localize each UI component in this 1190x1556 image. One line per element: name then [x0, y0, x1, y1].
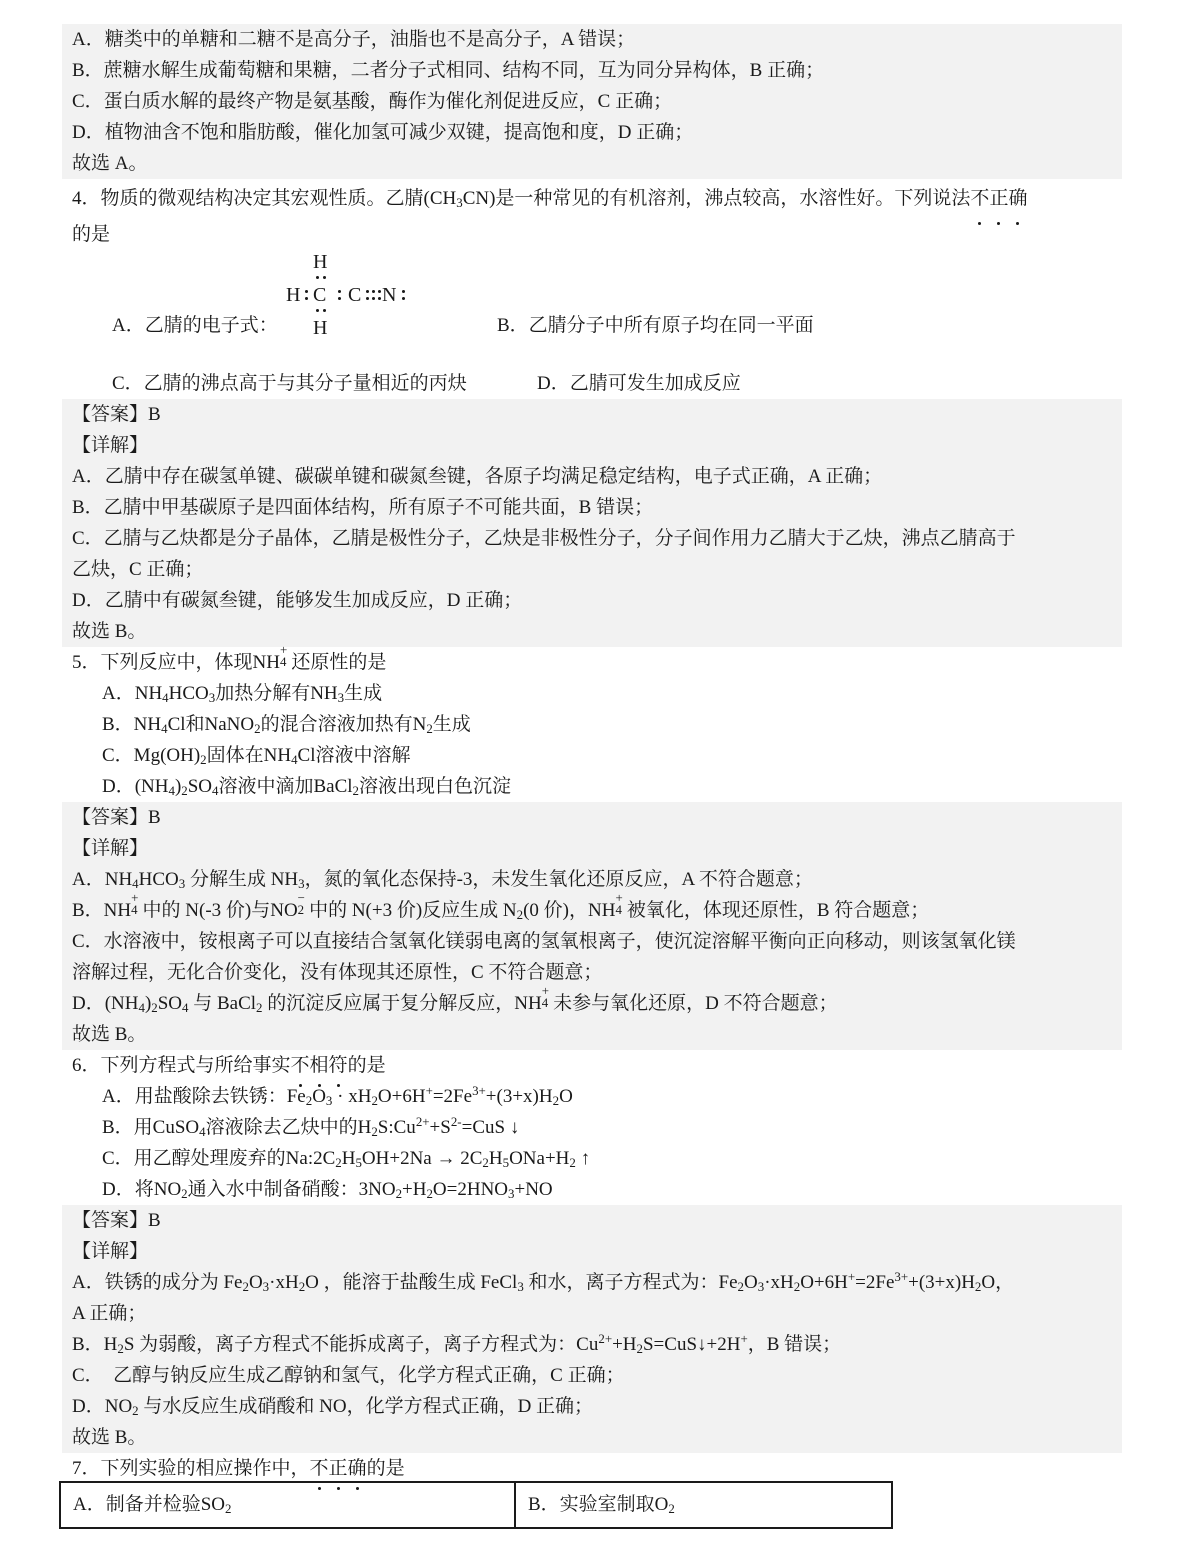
q7-option-b: B．实验室制取O2	[516, 1483, 891, 1527]
q5-option-d: D．(NH4)2SO4溶液中滴加BaCl2溶液出现白色沉淀	[72, 771, 1122, 802]
q7-option-a: A．制备并检验SO2	[61, 1483, 516, 1527]
answer-label: 【答案】B	[72, 1205, 1122, 1236]
q6-solution-line: A．铁锈的成分为 Fe2O3·xH2O ，能溶于盐酸生成 FeCl3 和水，离子…	[72, 1267, 1122, 1298]
q5-solution-line: D．(NH4)2SO4 与 BaCl2 的沉淀反应属于复分解反应，NH+4未参与…	[72, 988, 1122, 1019]
answer-label: 【答案】B	[72, 802, 1122, 833]
q6-solution-line: C． 乙醇与钠反应生成乙醇钠和氢气，化学方程式正确，C 正确；	[72, 1360, 1122, 1391]
q5-solution-line: 故选 B。	[72, 1019, 1122, 1050]
q4-solution-line: A．乙腈中存在碳氢单键、碳碳单键和碳氮叁键，各原子均满足稳定结构，电子式正确，A…	[72, 461, 1122, 492]
detail-label: 【详解】	[72, 833, 1122, 864]
q3-solution-line: 故选 A。	[72, 148, 1122, 179]
lewis-structure-acetonitrile: H H C C N H	[286, 252, 436, 344]
q4-options-row-2: C．乙腈的沸点高于与其分子量相近的丙炔 D．乙腈可发生加成反应	[72, 368, 1122, 399]
q6-solution: 【答案】B 【详解】 A．铁锈的成分为 Fe2O3·xH2O ，能溶于盐酸生成 …	[62, 1205, 1122, 1453]
answer-label: 【答案】B	[72, 399, 1122, 430]
q5-solution-line: 溶解过程，无化合价变化，没有体现其还原性，C 不符合题意；	[72, 957, 1122, 988]
q6-solution-line: B．H2S 为弱酸，离子方程式不能拆成离子，离子方程式为：Cu2++H2S=Cu…	[72, 1329, 1122, 1360]
atom-h: H	[313, 252, 327, 272]
atom-c: C	[313, 285, 326, 305]
q6-solution-line: A 正确；	[72, 1298, 1122, 1329]
q6-option-d: D．将NO2通入水中制备硝酸：3NO2+H2O=2HNO3+NO	[72, 1174, 1122, 1205]
detail-label: 【详解】	[72, 430, 1122, 461]
q5-solution-line: A．NH4HCO3 分解生成 NH3，氮的氧化态保持-3，未发生氧化还原反应，A…	[72, 864, 1122, 895]
atom-c: C	[348, 285, 361, 305]
q3-solution-line: C．蛋白质水解的最终产物是氨基酸，酶作为催化剂促进反应，C 正确；	[72, 86, 1122, 117]
q7-options-table: A．制备并检验SO2 B．实验室制取O2	[59, 1481, 893, 1529]
q5-option-b: B．NH4Cl和NaNO2的混合溶液加热有N2生成	[72, 709, 1122, 740]
q4-stem-line: 4．物质的微观结构决定其宏观性质。乙腈(CH3CN)是一种常见的有机溶剂，沸点较…	[72, 179, 1122, 219]
q4-option-a: A．乙腈的电子式：	[112, 310, 278, 341]
q4-solution-line: B．乙腈中甲基碳原子是四面体结构，所有原子不可能共面，B 错误；	[72, 492, 1122, 523]
q6-solution-line: D．NO2 与水反应生成硝酸和 NO，化学方程式正确，D 正确；	[72, 1391, 1122, 1422]
q6-option-a: A．用盐酸除去铁锈：Fe2O3 · xH2O+6H+=2Fe3++(3+x)H2…	[72, 1081, 1122, 1112]
document-page: A．糖类中的单糖和二糖不是高分子，油脂也不是高分子，A 错误； B．蔗糖水解生成…	[62, 24, 1122, 1484]
q6-solution-line: 故选 B。	[72, 1422, 1122, 1453]
atom-h: H	[286, 285, 300, 305]
q5-solution-line: C．水溶液中，铵根离子可以直接结合氢氧化镁弱电离的氢氧根离子，使沉淀溶解平衡向正…	[72, 926, 1122, 957]
q4-solution-line: 乙炔，C 正确；	[72, 554, 1122, 585]
atom-h: H	[313, 318, 327, 338]
atom-n: N	[382, 285, 396, 305]
q6-question: 6．下列方程式与所给事实不相符的是 A．用盐酸除去铁锈：Fe2O3 · xH2O…	[62, 1050, 1122, 1205]
q4-option-b: B．乙腈分子中所有原子均在同一平面	[497, 310, 814, 341]
q4-option-c: C．乙腈的沸点高于与其分子量相近的丙炔	[112, 368, 537, 399]
q4-stem-line: 的是	[72, 219, 1122, 250]
q4-option-d: D．乙腈可发生加成反应	[537, 368, 741, 399]
q6-option-b: B．用CuSO4溶液除去乙炔中的H2S:Cu2++S2-=CuS ↓	[72, 1112, 1122, 1143]
q4-question: 4．物质的微观结构决定其宏观性质。乙腈(CH3CN)是一种常见的有机溶剂，沸点较…	[62, 179, 1122, 399]
q4-solution-line: C．乙腈与乙炔都是分子晶体，乙腈是极性分子，乙炔是非极性分子，分子间作用力乙腈大…	[72, 523, 1122, 554]
q7-stem: 7．下列实验的相应操作中，不正确的是	[72, 1453, 1122, 1484]
q4-solution-line: 故选 B。	[72, 616, 1122, 647]
q3-solution: A．糖类中的单糖和二糖不是高分子，油脂也不是高分子，A 错误； B．蔗糖水解生成…	[62, 24, 1122, 179]
q7-question: 7．下列实验的相应操作中，不正确的是	[62, 1453, 1122, 1484]
q4-solution: 【答案】B 【详解】 A．乙腈中存在碳氢单键、碳碳单键和碳氮叁键，各原子均满足稳…	[62, 399, 1122, 647]
q5-solution: 【答案】B 【详解】 A．NH4HCO3 分解生成 NH3，氮的氧化态保持-3，…	[62, 802, 1122, 1050]
q3-solution-line: B．蔗糖水解生成葡萄糖和果糖，二者分子式相同、结构不同，互为同分异构体，B 正确…	[72, 55, 1122, 86]
q5-option-c: C．Mg(OH)2固体在NH4Cl溶液中溶解	[72, 740, 1122, 771]
q4-solution-line: D．乙腈中有碳氮叁键，能够发生加成反应，D 正确；	[72, 585, 1122, 616]
q3-solution-line: D．植物油含不饱和脂肪酸，催化加氢可减少双键，提高饱和度，D 正确；	[72, 117, 1122, 148]
q4-options-row-1: A．乙腈的电子式： H H C C N H B．乙腈分子中所有原子均在同一平面	[72, 250, 1122, 368]
q6-option-c: C．用乙醇处理废弃的Na:2C2H5OH+2Na → 2C2H5ONa+H2 ↑	[72, 1143, 1122, 1174]
q5-question: 5．下列反应中，体现NH+4还原性的是 A．NH4HCO3加热分解有NH3生成 …	[62, 647, 1122, 802]
q5-stem: 5．下列反应中，体现NH+4还原性的是	[72, 647, 1122, 678]
q3-solution-line: A．糖类中的单糖和二糖不是高分子，油脂也不是高分子，A 错误；	[72, 24, 1122, 55]
q5-solution-line: B．NH+4中的 N(-3 价)与NO−2中的 N(+3 价)反应生成 N2(0…	[72, 895, 1122, 926]
q5-option-a: A．NH4HCO3加热分解有NH3生成	[72, 678, 1122, 709]
detail-label: 【详解】	[72, 1236, 1122, 1267]
q6-stem: 6．下列方程式与所给事实不相符的是	[72, 1050, 1122, 1081]
